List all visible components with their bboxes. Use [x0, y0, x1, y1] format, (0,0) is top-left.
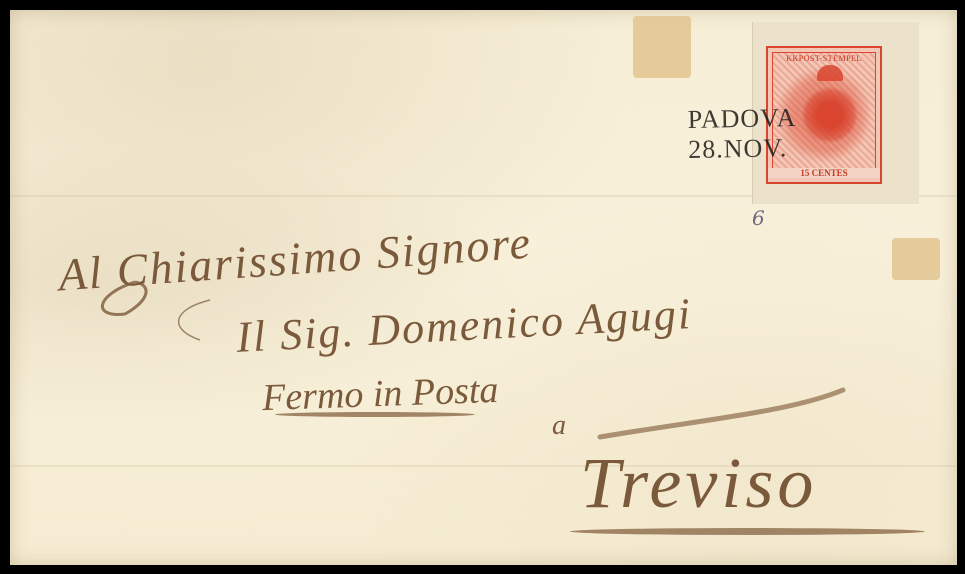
ink-flourishes: [0, 0, 965, 574]
